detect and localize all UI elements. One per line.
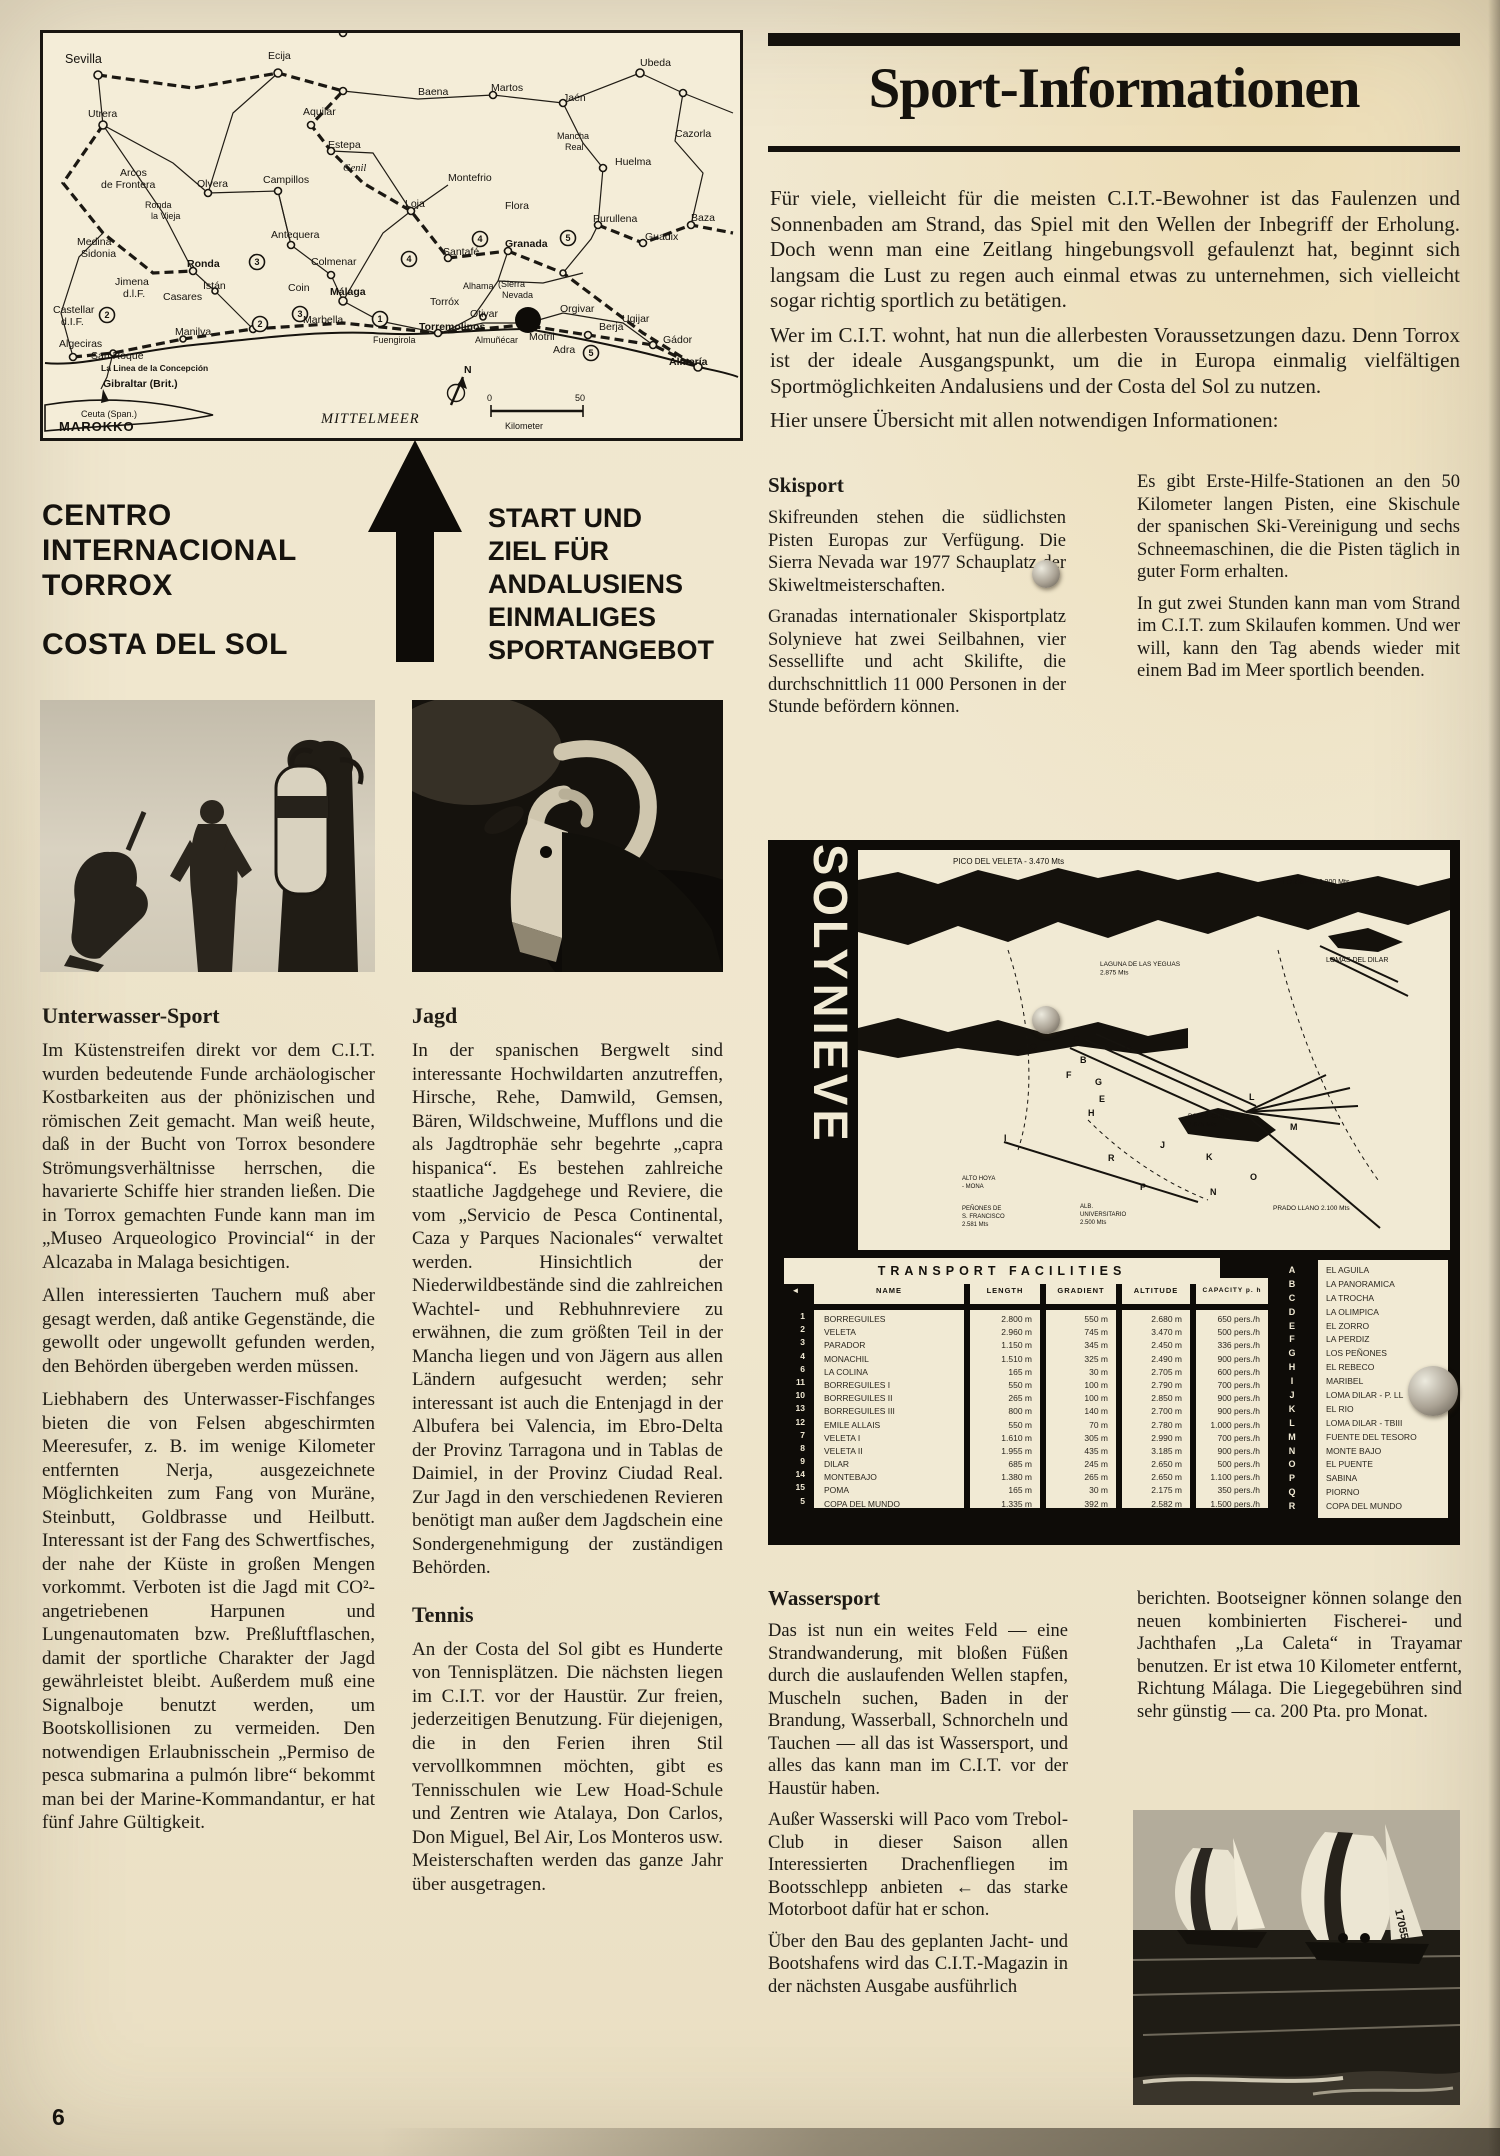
lift-letter: D [1125,1044,1132,1054]
lift-letter: R [1108,1153,1115,1163]
table-cell-gradient: 550 m [1046,1313,1108,1326]
section-body: Im Küstenstreifen direkt vor dem C.I.T. … [42,1039,375,1835]
table-header-length: LENGTH [970,1278,1040,1304]
mouflon-ram-photo [412,700,723,972]
table-cell-gradient: 100 m [1046,1392,1108,1405]
map-town-labels: SevillaEcijaUbedaUtreraBaenaMartosJaénAq… [53,50,715,434]
map-label: Coin [288,282,310,294]
legend-name: LA PERDIZ [1326,1333,1448,1347]
table-cell-gradient: 30 m [1046,1484,1108,1497]
magazine-page: N 0 50 Kilometer 344122355 SevillaEcijaU… [0,0,1500,2156]
map-label: Cazorla [675,128,711,140]
legend-letter: D [1272,1306,1312,1320]
table-cell-no: 15 [783,1481,805,1494]
legend-letter: A [1272,1264,1312,1278]
table-cell-name: COPA DEL MUNDO [824,1498,964,1511]
page-title: Sport-Informationen [768,56,1460,121]
section-title: Skisport [768,473,1066,498]
lift-letter: B [1080,1055,1087,1065]
table-cell-altitude: 2.790 m [1122,1379,1182,1392]
intro-text: Für viele, vielleicht für die meisten C.… [770,186,1460,443]
table-cell-capacity: 336 pers./h [1196,1339,1260,1352]
compass-icon: N [448,364,472,405]
paragraph: Liebhabern des Unterwasser-Fischfanges b… [42,1388,375,1835]
legend-letter: J [1272,1389,1312,1403]
table-cell-gradient: 245 m [1046,1458,1108,1471]
map-label: Casares [163,291,202,303]
table-cell-capacity: 700 pers./h [1196,1379,1260,1392]
table-cell-no: 4 [783,1350,805,1363]
table-cell-gradient: 345 m [1046,1339,1108,1352]
table-cell-length: 2.960 m [970,1326,1032,1339]
table-cell-capacity: 600 pers./h [1196,1366,1260,1379]
table-cell-no: 3 [783,1336,805,1349]
map-label: Campillos [263,174,309,186]
route-badge: 5 [565,233,570,243]
banner-subtitle: COSTA DEL SOL [42,627,382,662]
table-header-gradient: GRADIENT [1046,1278,1116,1304]
table-cell-no: 12 [783,1416,805,1429]
table-cell-gradient: 70 m [1046,1419,1108,1432]
map-label: Arcos [120,167,147,179]
table-cell-length: 1.955 m [970,1445,1032,1458]
legend-name: LA OLIMPICA [1326,1306,1448,1320]
table-cell-capacity: 500 pers./h [1196,1326,1260,1339]
skisport-column-left: Skisport Skifreunden stehen die südlichs… [768,473,1066,728]
map-label: Estepa [328,139,361,151]
section-body: Das ist nun ein weites Feld — eine Stran… [768,1620,1068,1998]
trail-label: ALB. [1080,1204,1093,1210]
table-cell-length: 800 m [970,1405,1032,1418]
paragraph: Skifreunden stehen die südlichsten Piste… [768,507,1066,597]
pushpin-icon [1032,1006,1060,1034]
legend-letter: F [1272,1333,1312,1347]
map-label: Santafé [443,246,479,258]
legend-name: LOS PEÑONES [1326,1347,1448,1361]
map-label: Ugijar [622,313,650,325]
table-cell-altitude: 2.780 m [1122,1419,1182,1432]
map-label: Medina [77,236,112,248]
trail-label: 2.875 Mts [1100,970,1129,977]
map-label: Gibraltar (Brit.) [103,378,178,390]
paragraph: Es gibt Erste-Hilfe-Stationen an den 50 … [1137,471,1460,584]
table-col-length: 2.800 m2.960 m1.150 m1.510 m165 m550 m26… [970,1310,1040,1508]
andalusia-map: N 0 50 Kilometer 344122355 SevillaEcijaU… [40,30,743,441]
map-label: Fuengirola [373,335,416,345]
map-label: Marbella [303,314,343,326]
paragraph: Allen interessierten Tauchern muß aber g… [42,1284,375,1378]
table-header-no: ◄ [783,1278,809,1304]
table-cell-capacity: 700 pers./h [1196,1432,1260,1445]
table-cell-length: 1.510 m [970,1353,1032,1366]
paragraph: Granadas internationaler Skisportplatz S… [768,606,1066,719]
map-label: La Linea de la Concepción [101,363,208,373]
map-label: Flora [505,200,529,212]
table-cell-no: 11 [783,1376,805,1389]
table-cell-no: 10 [783,1389,805,1402]
lift-letter: N [1210,1187,1217,1197]
table-col-gradient: 550 m745 m345 m325 m30 m100 m100 m140 m7… [1046,1310,1116,1508]
table-cell-altitude: 2.680 m [1122,1313,1182,1326]
table-cell-capacity: 500 pers./h [1196,1458,1260,1471]
table-cell-capacity: 1.500 pers./h [1196,1498,1260,1511]
map-label: Motril [529,331,555,343]
table-cell-name: MONTEBAJO [824,1471,964,1484]
table-cell-gradient: 305 m [1046,1432,1108,1445]
table-cell-altitude: 2.490 m [1122,1353,1182,1366]
map-label: Málaga [330,286,366,298]
table-cell-length: 2.800 m [970,1313,1032,1326]
route-badge: 5 [588,348,593,358]
headline-bottom-rule [768,146,1460,152]
legend-letter: K [1272,1403,1312,1417]
legend-letter: G [1272,1347,1312,1361]
legend-letter: O [1272,1458,1312,1472]
trail-label: - MONA [962,1184,984,1190]
table-cell-gradient: 30 m [1046,1366,1108,1379]
paragraph: Das ist nun ein weites Feld — eine Stran… [768,1620,1068,1800]
map-label: Almuñécar [475,335,518,345]
legend-name: LA PANORAMICA [1326,1278,1448,1292]
map-label: Castellar [53,304,95,316]
table-cell-name: BORREGUILES II [824,1392,964,1405]
paragraph: In gut zwei Stunden kann man vom Strand … [1137,593,1460,683]
lift-letter: A [1015,1047,1022,1057]
table-cell-name: LA COLINA [824,1366,964,1379]
map-label: Mancha [557,131,589,141]
table-cell-no: 6 [783,1363,805,1376]
banner-lines: START UNDZIEL FÜRANDALUSIENSEINMALIGESSP… [488,502,748,667]
table-cell-length: 1.150 m [970,1339,1032,1352]
route-badge: 4 [406,254,411,264]
map-label: (Sierra [498,279,525,289]
banner-lines: CENTROINTERNACIONALTORROX [42,498,382,603]
svg-text:50: 50 [575,393,585,403]
map-label: Ronda [145,200,172,210]
legend-letter: E [1272,1320,1312,1334]
map-label: Sidonia [81,248,116,260]
banner-line: INTERNACIONAL [42,533,382,568]
table-cell-altitude: 2.850 m [1122,1392,1182,1405]
banner-line: ZIEL FÜR [488,535,748,568]
solynieve-trail-map: ABCDEFGHIJKLMNOPQR PICO DEL VELETA - 3.4… [858,850,1450,1250]
map-label: Purullena [593,213,638,225]
map-label: Genil [343,163,366,174]
route-badge: 3 [297,309,302,319]
table-cell-gradient: 435 m [1046,1445,1108,1458]
paragraph: Hier unsere Übersicht mit allen notwendi… [770,408,1460,434]
table-cell-no: 14 [783,1468,805,1481]
table-cell-capacity: 900 pers./h [1196,1353,1260,1366]
table-cell-name: VELETA I [824,1432,964,1445]
lift-letter: Q [1030,1042,1037,1052]
svg-text:N: N [464,364,472,376]
legend-letter: H [1272,1361,1312,1375]
table-cell-capacity: 900 pers./h [1196,1445,1260,1458]
map-label: Istán [203,280,226,292]
banner-line: START UND [488,502,748,535]
table-cell-no: 7 [783,1429,805,1442]
table-cell-capacity: 900 pers./h [1196,1392,1260,1405]
map-label: Colmenar [311,256,357,268]
table-col-capacity: 650 pers./h500 pers./h336 pers./h900 per… [1196,1310,1268,1508]
legend-letter: B [1272,1278,1312,1292]
trail-label: UNIVERSITARIO [1080,1212,1127,1218]
lift-letter: M [1290,1122,1298,1132]
scan-shadow [380,2128,1500,2156]
map-label: d.l.F. [123,288,145,300]
map-label: Olvera [197,178,228,190]
banner-line: TORROX [42,568,382,603]
map-label: Utrera [88,108,117,120]
table-cell-name: POMA [824,1484,964,1497]
lift-letter: G [1095,1077,1102,1087]
table-cell-gradient: 100 m [1046,1379,1108,1392]
trail-label: LOMAS DEL DILAR [1326,957,1388,964]
solynieve-panel: SOLYNIEVE [768,840,1460,1545]
route-badge: 1 [377,314,382,324]
table-col-name: BORREGUILESVELETAPARADORMONACHILLA COLIN… [814,1310,964,1508]
map-label: Granada [505,238,548,250]
table-cell-gradient: 745 m [1046,1326,1108,1339]
map-label: San Roque [91,350,144,362]
map-label: Baena [418,86,449,98]
paragraph: Wer im C.I.T. wohnt, hat nun die allerbe… [770,323,1460,400]
legend-name: EL AGUILA [1326,1264,1448,1278]
divers-photo [40,700,375,972]
section-title: Wassersport [768,1586,1068,1611]
route-badge: 2 [257,319,262,329]
table-cell-capacity: 1.100 pers./h [1196,1471,1260,1484]
table-cell-capacity: 650 pers./h [1196,1313,1260,1326]
table-cell-gradient: 325 m [1046,1353,1108,1366]
table-cell-length: 550 m [970,1419,1032,1432]
section-title: Unterwasser-Sport [42,1003,375,1029]
legend-name: MONTE BAJO [1326,1445,1448,1459]
route-badge: 4 [477,234,482,244]
table-cell-gradient: 392 m [1046,1498,1108,1511]
map-label: Adra [553,344,575,356]
table-cell-altitude: 2.450 m [1122,1339,1182,1352]
paragraph: Für viele, vielleicht für die meisten C.… [770,186,1460,314]
legend-name: COPA DEL MUNDO [1326,1500,1448,1514]
map-label: MAROKKO [59,419,135,434]
legend-letter: Q [1272,1486,1312,1500]
route-badge: 2 [104,310,109,320]
table-col-no: 123461110131278914155 [783,1310,809,1508]
paragraph: Über den Bau des geplanten Jacht- und Bo… [768,1931,1068,1999]
table-cell-name: VELETA [824,1326,964,1339]
start-ziel-banner: START UNDZIEL FÜRANDALUSIENSEINMALIGESSP… [488,502,748,667]
section-body: Es gibt Erste-Hilfe-Stationen an den 50 … [1137,471,1460,683]
pushpin-icon [1408,1366,1458,1416]
map-label: Manilva [175,326,211,338]
map-label: Ecija [268,50,291,62]
torrox-cit-dot [515,307,541,333]
map-label: Huelma [615,156,651,168]
torrox-pointer-arrow-icon [368,440,462,662]
table-cell-no: 2 [783,1323,805,1336]
section-body: berichten. Bootseigner können solange de… [1137,1588,1462,1723]
skisport-column-right: Es gibt Erste-Hilfe-Stationen an den 50 … [1137,471,1460,692]
table-col-altitude: 2.680 m3.470 m2.450 m2.490 m2.705 m2.790… [1122,1310,1190,1508]
table-cell-altitude: 2.705 m [1122,1366,1182,1379]
table-header-name: NAME [814,1278,964,1304]
trail-label: LAGUNA DE LAS YEGUAS [1100,961,1181,968]
legend-letter-column: ABCDEFGHIJKLMNOPQR [1272,1260,1312,1518]
map-label: Nevada [502,290,533,300]
banner-line: SPORTANGEBOT [488,634,748,667]
legend-letter: P [1272,1472,1312,1486]
table-cell-no: 1 [783,1310,805,1323]
table-cell-length: 550 m [970,1379,1032,1392]
table-cell-name: MONACHIL [824,1353,964,1366]
map-label: Torróx [430,296,460,308]
section-body: Skifreunden stehen die südlichsten Piste… [768,507,1066,719]
table-cell-altitude: 2.175 m [1122,1484,1182,1497]
table-cell-length: 1.610 m [970,1432,1032,1445]
paragraph: Im Küstenstreifen direkt vor dem C.I.T. … [42,1039,375,1274]
map-label: Orgivar [560,303,595,315]
map-label: de Frontera [101,179,155,191]
trail-label: S. FRANCISCO [962,1214,1005,1220]
table-cell-altitude: 2.650 m [1122,1471,1182,1484]
map-label: Jimena [115,276,149,288]
table-cell-name: BORREGUILES III [824,1405,964,1418]
lift-letter: K [1206,1152,1213,1162]
headline-top-rule [768,33,1460,46]
trail-label: PRADO LLANO 2.100 Mts [1273,1205,1350,1212]
paragraph: berichten. Bootseigner können solange de… [1137,1588,1462,1723]
trail-label: PEÑONES DE [962,1205,1001,1212]
section-body: An der Costa del Sol gibt es Hunderte vo… [412,1638,723,1897]
page-number: 6 [52,2104,65,2131]
unterwasser-sport-column: Unterwasser-Sport Im Küstenstreifen dire… [42,1003,375,1845]
map-label: Guadix [645,231,679,243]
table-cell-name: PARADOR [824,1339,964,1352]
table-cell-altitude: 2.990 m [1122,1432,1182,1445]
map-label: Berja [599,321,624,333]
wassersport-column-right: berichten. Bootseigner können solange de… [1137,1588,1462,1732]
lift-letter: F [1066,1070,1072,1080]
map-label: Martos [491,82,523,94]
legend-name: LA TROCHA [1326,1292,1448,1306]
table-cell-altitude: 2.650 m [1122,1458,1182,1471]
trail-label: 2.500 Mts [1080,1220,1106,1226]
lift-letter: L [1249,1092,1255,1102]
table-cell-name: DILAR [824,1458,964,1471]
paragraph: An der Costa del Sol gibt es Hunderte vo… [412,1638,723,1897]
wassersport-column-left: Wassersport Das ist nun ein weites Feld … [768,1586,1068,2007]
lift-letter: C [1073,1034,1080,1044]
table-cell-name: BORREGUILES I [824,1379,964,1392]
table-cell-capacity: 350 pers./h [1196,1484,1260,1497]
table-cell-gradient: 140 m [1046,1405,1108,1418]
table-cell-capacity: 1.000 pers./h [1196,1419,1260,1432]
table-cell-length: 265 m [970,1392,1032,1405]
legend-name: EL ZORRO [1326,1320,1448,1334]
section-title: Tennis [412,1602,723,1628]
lift-letter: J [1160,1140,1165,1150]
jagd-tennis-column: Jagd In der spanischen Bergwelt sind int… [412,1003,723,1906]
table-cell-length: 165 m [970,1484,1032,1497]
map-label: la Vieja [151,211,180,221]
trail-label: ALTO HOYA [962,1176,995,1182]
table-cell-no: 13 [783,1402,805,1415]
table-cell-gradient: 265 m [1046,1471,1108,1484]
map-label: Aquilar [303,106,336,118]
map-label: Sevilla [65,52,102,66]
svg-text:Kilometer: Kilometer [505,421,543,431]
table-header-altitude: ALTITUDE [1122,1278,1190,1304]
trail-label: BORREGUILES [1188,1113,1236,1120]
table-cell-no: 8 [783,1442,805,1455]
map-label: Algeciras [59,338,102,350]
scan-shadow [1488,0,1500,2156]
table-cell-length: 165 m [970,1366,1032,1379]
legend-name: PIORNO [1326,1486,1448,1500]
table-header-capacity: CAPACITY p. h [1196,1278,1268,1304]
section-body: In der spanischen Bergwelt sind interess… [412,1039,723,1580]
map-label: Alhama [463,281,494,291]
trail-label: 2.675 Mts [1188,1122,1217,1129]
map-label: Ronda [187,258,220,270]
map-label: Baza [691,212,715,224]
legend-letter: M [1272,1431,1312,1445]
map-label: Antequera [271,229,320,241]
map-label: Loja [405,198,425,210]
banner-line: EINMALIGES [488,601,748,634]
legend-name: EL PUENTE [1326,1458,1448,1472]
paragraph: In der spanischen Bergwelt sind interess… [412,1039,723,1580]
banner-line: ANDALUSIENS [488,568,748,601]
map-label: Ubeda [640,57,671,69]
trail-label: PICO DEL VELETA - 3.470 Mts [953,857,1064,866]
table-cell-name: VELETA II [824,1445,964,1458]
map-label: Gádor [663,334,693,346]
trail-label: ELORRIETA 3.200 Mts [1278,879,1350,886]
solynieve-vertical-title: SOLYNIEVE [775,844,859,1248]
legend-letter: L [1272,1417,1312,1431]
legend-name: LOMA DILAR - TBIII [1326,1417,1448,1431]
legend-name: SABINA [1326,1472,1448,1486]
map-label: Otivar [470,308,499,320]
legend-name: FUENTE DEL TESORO [1326,1431,1448,1445]
map-label: Real [565,142,584,152]
section-title: Jagd [412,1003,723,1029]
map-label: Torremolinos [419,321,485,333]
table-cell-name: EMILE ALLAIS [824,1419,964,1432]
sailing-regatta-photo: 17055 [1133,1810,1460,2105]
table-cell-altitude: 2.700 m [1122,1405,1182,1418]
lift-letter: H [1088,1108,1095,1118]
svg-text:0: 0 [487,393,492,403]
table-cell-no: 9 [783,1455,805,1468]
table-cell-altitude: 2.582 m [1122,1498,1182,1511]
trail-label: 2.581 Mts [962,1222,988,1228]
route-badge: 3 [254,257,259,267]
map-scale: 0 50 Kilometer [487,393,585,431]
lift-letter: P [1140,1182,1146,1192]
banner-line: CENTRO [42,498,382,533]
andalusia-map-graphic: N 0 50 Kilometer 344122355 SevillaEcijaU… [43,33,740,438]
map-label: Jaén [563,92,586,104]
centro-banner: CENTROINTERNACIONALTORROX COSTA DEL SOL [42,498,382,662]
table-cell-name: BORREGUILES [824,1313,964,1326]
intro-paragraphs: Für viele, vielleicht für die meisten C.… [770,186,1460,434]
legend-letter: C [1272,1292,1312,1306]
map-label: MITTELMEER [320,411,420,427]
